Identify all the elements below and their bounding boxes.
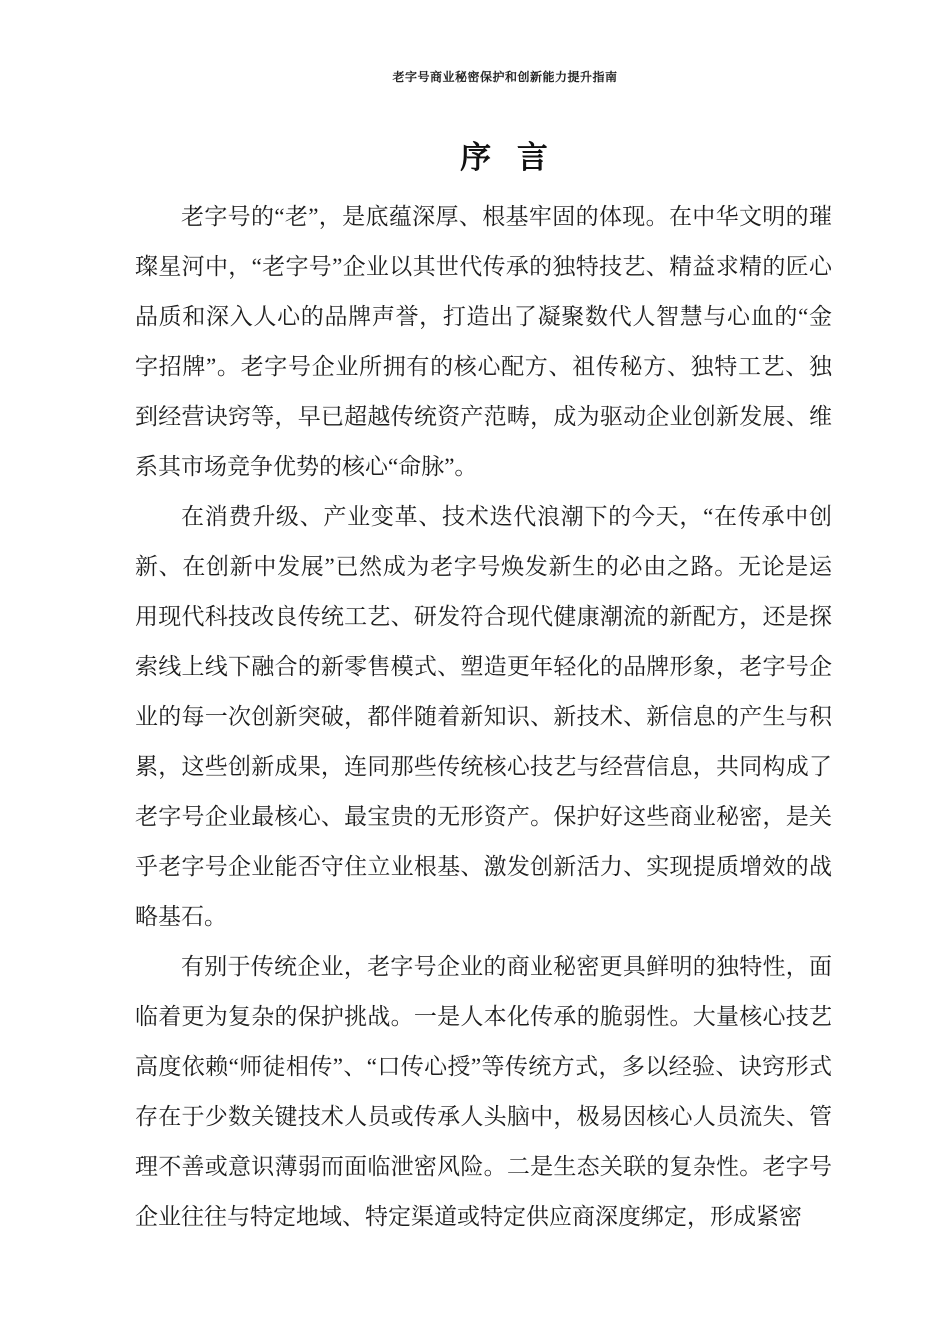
document-body: 老字号的“老”，是底蕴深厚、根基牢固的体现。在中华文明的璀璨星河中，“老字号”企…: [135, 192, 832, 1242]
running-header: 老字号商业秘密保护和创新能力提升指南: [135, 68, 875, 85]
paragraph-3: 有别于传统企业，老字号企业的商业秘密更具鲜明的独特性，面临着更为复杂的保护挑战。…: [135, 942, 832, 1242]
paragraph-2: 在消费升级、产业变革、技术迭代浪潮下的今天，“在传承中创新、在创新中发展”已然成…: [135, 492, 832, 942]
paragraph-1: 老字号的“老”，是底蕴深厚、根基牢固的体现。在中华文明的璀璨星河中，“老字号”企…: [135, 192, 832, 492]
document-page: 老字号商业秘密保护和创新能力提升指南 序 言 老字号的“老”，是底蕴深厚、根基牢…: [0, 0, 945, 1336]
page-title: 序 言: [135, 132, 875, 177]
